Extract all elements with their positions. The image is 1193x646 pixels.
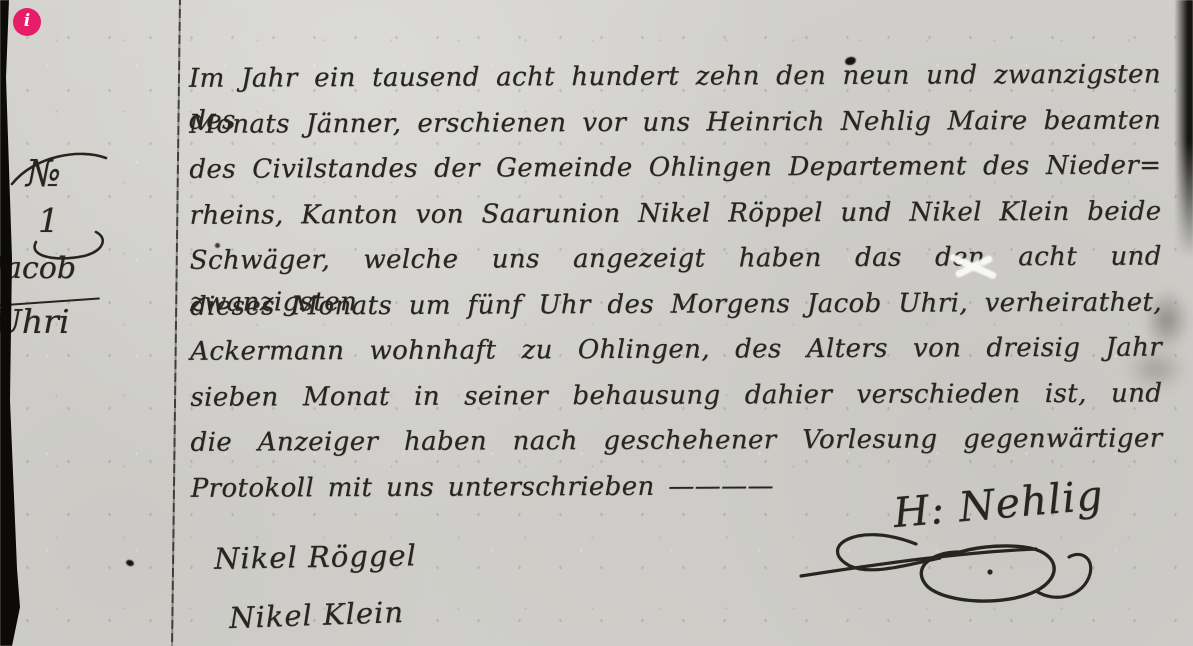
record-text-line: die Anzeiger haben nach geschehener Vorl… <box>190 418 1162 464</box>
info-button[interactable]: i <box>13 8 41 36</box>
record-text-line: Protokoll mit uns unterschrieben ———— <box>191 465 774 510</box>
record-text-line: Im Jahr ein tausend acht hundert zehn de… <box>189 54 1161 100</box>
page-edge-shadow <box>1171 0 1193 258</box>
record-text-line: Schwäger, welche uns angezeigt haben das… <box>190 236 1162 282</box>
record-text-line: Ackermann wohnhaft zu Ohlingen, des Alte… <box>190 327 1162 373</box>
register-scan[interactable]: № 1 Jacob Uhri Im Jahr ein tausend acht … <box>0 0 1193 646</box>
record-text-line: rheins, Kanton von Saarunion Nikel Röppe… <box>189 191 1161 237</box>
record-text-line: dieses Monats um fünf Uhr des Morgens Ja… <box>190 282 1162 328</box>
witness-signature-1: Nikel Röggel <box>214 538 417 576</box>
document-viewer: № 1 Jacob Uhri Im Jahr ein tausend acht … <box>0 0 1193 646</box>
witness-signature-2: Nikel Klein <box>228 595 404 635</box>
signature-paraph <box>798 512 1103 622</box>
record-text-line: sieben Monat in seiner behausung dahier … <box>190 373 1162 419</box>
info-icon: i <box>24 13 30 30</box>
record-text-line: des Civilstandes der Gemeinde Ohlingen D… <box>189 145 1161 191</box>
ink-speck <box>215 243 220 248</box>
record-text-line: Monats Jänner, erschienen vor uns Heinri… <box>189 100 1161 146</box>
